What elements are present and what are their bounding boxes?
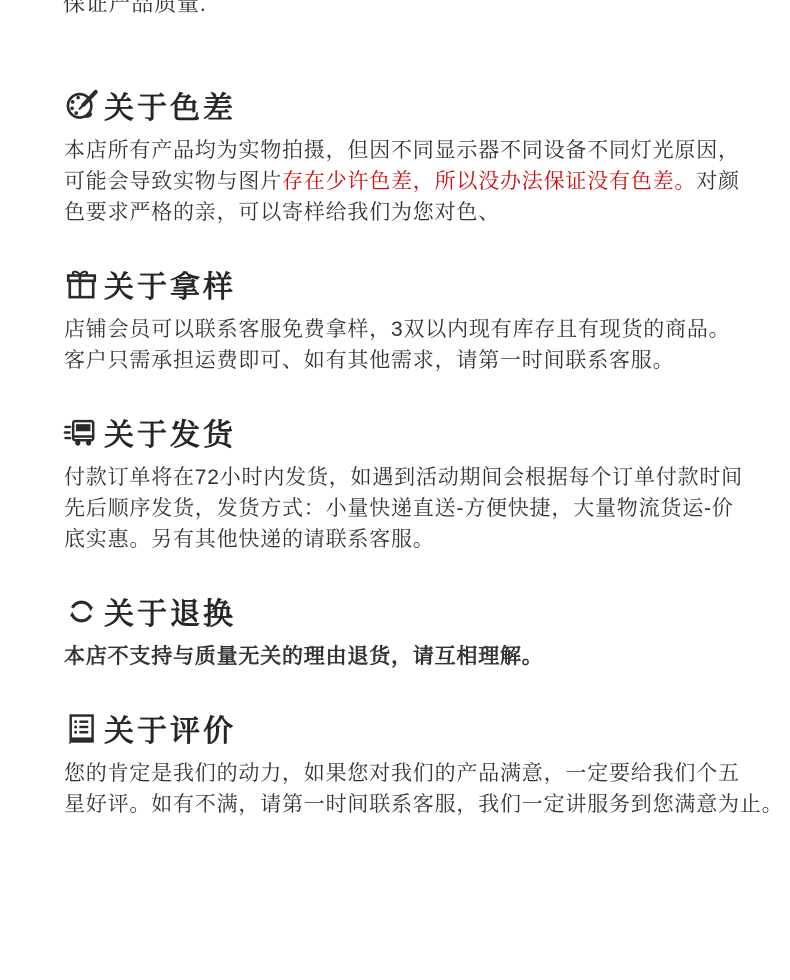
paragraph-line: 先后顺序发货，发货方式：小量快递直送-方便快捷，大量物流货运-价 [64, 493, 760, 524]
palette-icon [63, 87, 100, 124]
paragraph-line: 本店不支持与质量无关的理由退货，请互相理解。 [64, 641, 760, 672]
paragraph-line: 客户只需承担运费即可、如有其他需求，请第一时间联系客服。 [64, 345, 760, 376]
section-title: 关于退换 [104, 589, 236, 633]
paragraph-text: 本店不支持与质量无关的理由退货，请互相理解。 [64, 645, 544, 668]
paragraph-text: 本店所有产品均为实物拍摄，但因不同显示器不同设备不同灯光原因， [64, 139, 740, 162]
paragraph-text: 色要求严格的亲，可以寄样给我们为您对色、 [64, 201, 500, 224]
gift-icon [63, 266, 100, 303]
section-sampling: 关于拿样 店铺会员可以联系客服免费拿样，3双以内现有库存且有现货的商品。客户只需… [63, 262, 760, 376]
highlight-red-text: 存在少许色差，所以没办法保证没有色差。 [282, 170, 696, 193]
paragraph-text: 底实惠。另有其他快递的请联系客服。 [64, 528, 435, 551]
section-paragraph: 本店所有产品均为实物拍摄，但因不同显示器不同设备不同灯光原因，可能会导致实物与图… [64, 135, 760, 228]
section-heading: 关于退换 [63, 589, 760, 633]
section-heading: 关于评价 [63, 706, 760, 750]
paragraph-text: 付款订单将在72小时内发货，如遇到活动期间会根据每个订单付款时间 [64, 466, 743, 489]
paragraph-text: 您的肯定是我们的动力，如果您对我们的产品满意，一定要给我们个五 [64, 762, 740, 785]
section-heading: 关于色差 [63, 83, 760, 127]
paragraph-text: 星好评。如有不满，请第一时间联系客服，我们一定讲服务到您满意为止。 [64, 793, 783, 816]
paragraph-line: 您的肯定是我们的动力，如果您对我们的产品满意，一定要给我们个五 [64, 758, 760, 789]
paragraph-line: 色要求严格的亲，可以寄样给我们为您对色、 [64, 197, 760, 228]
section-heading: 关于拿样 [63, 262, 760, 306]
section-paragraph: 付款订单将在72小时内发货，如遇到活动期间会根据每个订单付款时间先后顺序发货，发… [64, 462, 760, 555]
paragraph-line: 星好评。如有不满，请第一时间联系客服，我们一定讲服务到您满意为止。 [64, 789, 760, 820]
list-icon [63, 710, 100, 747]
paragraph-line: 可能会导致实物与图片存在少许色差，所以没办法保证没有色差。对颜 [64, 166, 760, 197]
section-heading: 关于发货 [63, 410, 760, 454]
section-title: 关于色差 [104, 83, 236, 127]
section-color-difference: 关于色差 本店所有产品均为实物拍摄，但因不同显示器不同设备不同灯光原因，可能会导… [63, 83, 760, 228]
section-shipping: 关于发货 付款订单将在72小时内发货，如遇到活动期间会根据每个订单付款时间先后顺… [63, 410, 760, 555]
paragraph-line: 店铺会员可以联系客服免费拿样，3双以内现有库存且有现货的商品。 [64, 314, 760, 345]
section-reviews: 关于评价 您的肯定是我们的动力，如果您对我们的产品满意，一定要给我们个五星好评。… [63, 706, 760, 820]
paragraph-text: 先后顺序发货，发货方式：小量快递直送-方便快捷，大量物流货运-价 [64, 497, 734, 520]
refresh-icon [63, 593, 100, 630]
section-title: 关于发货 [104, 410, 236, 454]
paragraph-text: 店铺会员可以联系客服免费拿样，3双以内现有库存且有现货的商品。 [64, 318, 730, 341]
section-title: 关于评价 [104, 706, 236, 750]
section-returns: 关于退换 本店不支持与质量无关的理由退货，请互相理解。 [63, 589, 760, 672]
paragraph-line: 底实惠。另有其他快递的请联系客服。 [64, 524, 760, 555]
truck-icon [63, 414, 100, 451]
paragraph-text: 客户只需承担运费即可、如有其他需求，请第一时间联系客服。 [64, 349, 674, 372]
paragraph-line: 本店所有产品均为实物拍摄，但因不同显示器不同设备不同灯光原因， [64, 135, 760, 166]
section-paragraph: 本店不支持与质量无关的理由退货，请互相理解。 [64, 641, 760, 672]
sections-container: 关于色差 本店所有产品均为实物拍摄，但因不同显示器不同设备不同灯光原因，可能会导… [63, 83, 760, 820]
paragraph-line: 付款订单将在72小时内发货，如遇到活动期间会根据每个订单付款时间 [64, 462, 760, 493]
section-title: 关于拿样 [104, 262, 236, 306]
section-paragraph: 店铺会员可以联系客服免费拿样，3双以内现有库存且有现货的商品。客户只需承担运费即… [64, 314, 760, 376]
paragraph-text: 对颜 [696, 170, 740, 193]
section-paragraph: 您的肯定是我们的动力，如果您对我们的产品满意，一定要给我们个五星好评。如有不满，… [64, 758, 760, 820]
paragraph-text: 可能会导致实物与图片 [64, 170, 282, 193]
product-service-notes-page: 保证产品质量. 关于色差 本店所有产品均为实物拍摄，但因不同显示器不同设备不同灯… [0, 0, 790, 820]
intro-line: 保证产品质量. [63, 0, 760, 19]
